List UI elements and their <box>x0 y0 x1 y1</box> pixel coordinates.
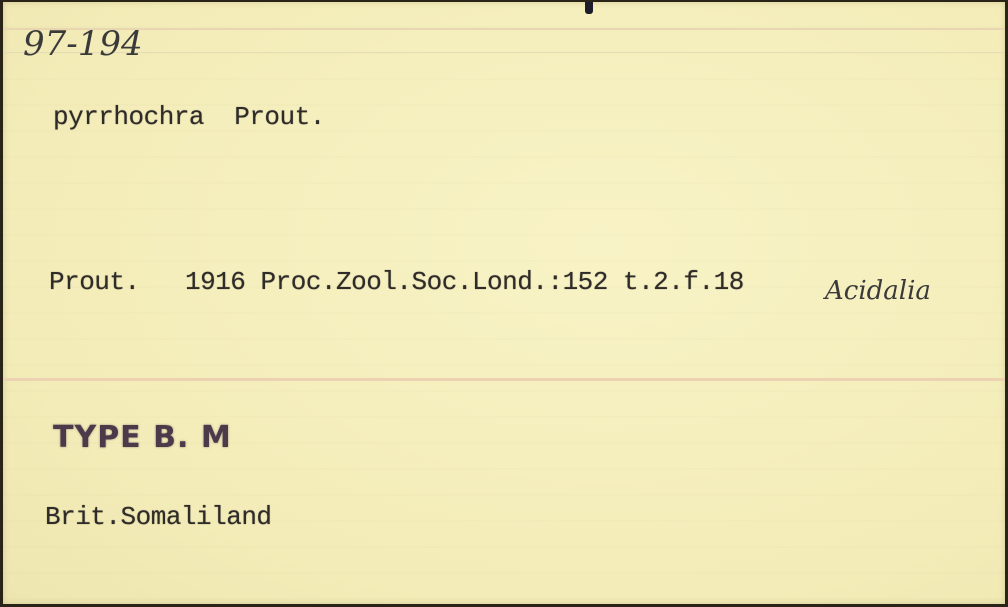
locality: Brit.Somaliland <box>45 502 272 532</box>
reference-author: Prout. <box>49 267 140 297</box>
top-ruled-line <box>3 28 1005 30</box>
second-ruled-line <box>3 52 1005 53</box>
red-ruled-line <box>3 378 1005 381</box>
type-stamp: TYPE B. M <box>53 420 232 455</box>
index-card: 97-194 pyrrhochra Prout. Prout. 1916 Pro… <box>3 2 1005 604</box>
register-number: 97-194 <box>23 24 143 64</box>
reference-citation: 1916 Proc.Zool.Soc.Lond.:152 t.2.f.18 <box>185 267 744 297</box>
species-name: pyrrhochra Prout. <box>53 102 325 132</box>
genus-handwritten: Acidalia <box>825 276 931 306</box>
card-tab-notch <box>585 2 593 14</box>
